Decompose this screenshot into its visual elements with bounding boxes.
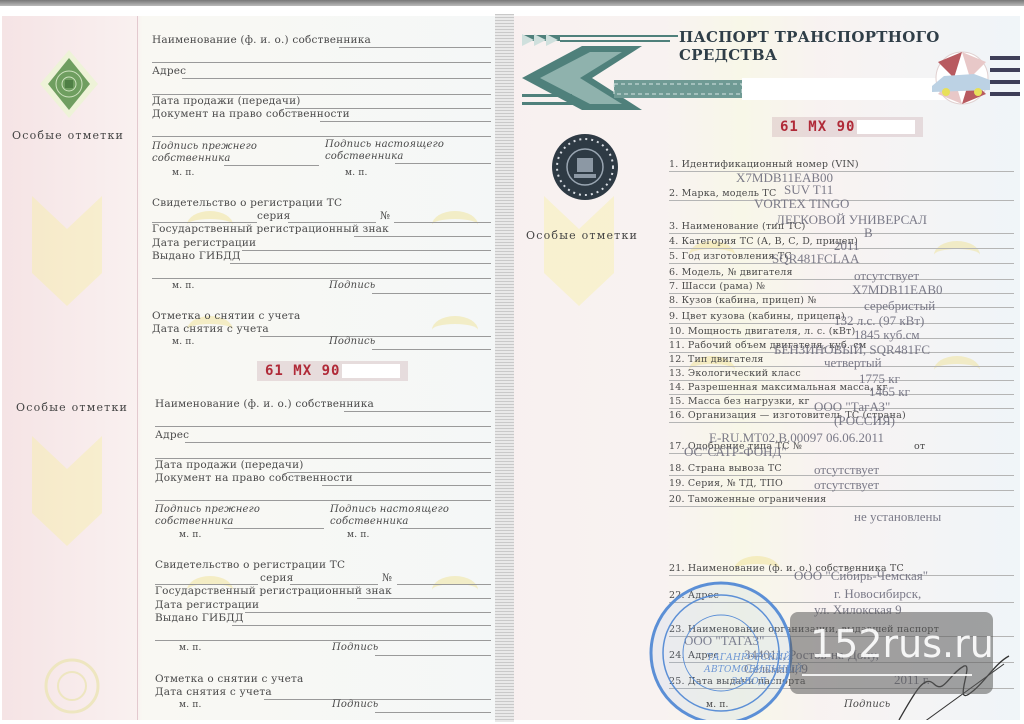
stamp-label: м. п. bbox=[172, 281, 195, 291]
field-value: ООО "Сибирь-Чемская" bbox=[794, 568, 928, 584]
car-logo-icon bbox=[924, 48, 1020, 108]
redaction-mask bbox=[342, 364, 400, 378]
special-marks-label: Особые отметки bbox=[12, 129, 124, 142]
prev-owner-sign-label-2: собственника bbox=[155, 516, 234, 527]
dereg-mark-label: Отметка о снятии с учета bbox=[155, 673, 304, 685]
field-line bbox=[669, 171, 1014, 172]
arch-watermark bbox=[934, 241, 980, 269]
special-marks-label: Особые отметки bbox=[526, 229, 638, 242]
owner-name-label: Наименование (ф. и. о.) собственника bbox=[152, 34, 371, 46]
field-line bbox=[669, 380, 1014, 381]
ownership-doc-label: Документ на право собственности bbox=[155, 472, 353, 484]
stamp-label: м. п. bbox=[179, 700, 202, 710]
stamp-label: м. п. bbox=[172, 168, 195, 178]
ownership-doc-line-2 bbox=[152, 136, 491, 137]
redaction-mask bbox=[742, 78, 952, 100]
stamp-label: м. п. bbox=[179, 643, 202, 653]
signature-line bbox=[375, 655, 491, 656]
prev-owner-sign-line bbox=[224, 528, 324, 529]
reg-date-line bbox=[245, 612, 491, 613]
number-label: № bbox=[380, 210, 390, 222]
ownership-doc-line bbox=[320, 121, 491, 122]
field-label: 4. Категория ТС (А, В, С, D, прицеп) bbox=[669, 236, 858, 247]
field-label: 10. Мощность двигателя, л. с. (кВт) bbox=[669, 326, 855, 337]
hologram-rosette-icon bbox=[38, 48, 100, 120]
signature-line bbox=[372, 349, 491, 350]
field-value: отсутствует bbox=[814, 462, 879, 478]
prev-owner-sign-label-2: собственника bbox=[152, 153, 231, 164]
redaction-mask bbox=[857, 120, 915, 134]
number-line bbox=[394, 222, 491, 223]
stamp-text: ТАГАНРОГСКИЙ АВТОМОБИЛЬНЫЙ ЗАВОД bbox=[704, 652, 794, 688]
special-marks-label: Особые отметки bbox=[16, 401, 128, 414]
signature-label: Подпись bbox=[332, 642, 378, 653]
arch-watermark bbox=[432, 211, 478, 239]
issued-by-line bbox=[230, 263, 491, 264]
state-plate-line bbox=[354, 236, 491, 237]
cur-owner-sign-line bbox=[400, 528, 491, 529]
plate-number-text: 61 MX 90 bbox=[780, 119, 855, 135]
faint-rosette-icon bbox=[42, 656, 102, 716]
field-label: 19. Серия, № ТД, ТПО bbox=[669, 478, 783, 489]
field-value: VORTEX TINGO bbox=[754, 196, 849, 212]
organization-stamp-icon bbox=[646, 578, 796, 720]
issued-by-label: Выдано ГИБДД bbox=[155, 612, 244, 624]
field-line bbox=[669, 233, 1014, 234]
field-label: 18. Страна вывоза ТС bbox=[669, 463, 782, 474]
field-value: ОС"САТР-ФОНД" bbox=[684, 444, 787, 460]
number-line bbox=[397, 584, 491, 585]
signature-label: Подпись bbox=[329, 336, 375, 347]
prev-owner-sign-label: Подпись прежнего bbox=[152, 141, 257, 152]
field-value: серебристый bbox=[864, 298, 935, 314]
field-label: 15. Масса без нагрузки, кг bbox=[669, 396, 810, 407]
field-from-label: от bbox=[914, 441, 925, 452]
dereg-date-label: Дата снятия с учета bbox=[155, 686, 272, 698]
issued-by-line-2 bbox=[152, 278, 491, 279]
dereg-mark-label: Отметка о снятии с учета bbox=[152, 310, 301, 322]
field-value: (РОССИЯ) bbox=[834, 413, 895, 429]
dereg-date-line bbox=[260, 336, 491, 337]
field-label: 14. Разрешенная максимальная масса, кг bbox=[669, 382, 888, 393]
stamp-label: м. п. bbox=[345, 168, 368, 178]
stamp-label: м. п. bbox=[179, 530, 202, 540]
left-page: Особые отметки Особые отметки Наименован… bbox=[2, 16, 495, 720]
field-value: не установлены bbox=[854, 509, 941, 525]
owner-name-label: Наименование (ф. и. о.) собственника bbox=[155, 398, 374, 410]
issued-by-line-2 bbox=[155, 640, 491, 641]
hologram-seal-icon bbox=[550, 132, 620, 202]
reg-cert-label: Свидетельство о регистрации ТС bbox=[152, 197, 342, 209]
prev-owner-sign-line bbox=[224, 165, 319, 166]
book-spine bbox=[495, 14, 514, 722]
dereg-date-label: Дата снятия с учета bbox=[152, 323, 269, 335]
field-label: 12. Тип двигателя bbox=[669, 354, 764, 365]
owner-name-line bbox=[339, 47, 491, 48]
chevron-watermark bbox=[32, 196, 102, 306]
state-plate-label: Государственный регистрационный знак bbox=[155, 585, 392, 597]
field-label: 20. Таможенные ограничения bbox=[669, 494, 826, 505]
field-label: 13. Экологический класс bbox=[669, 368, 801, 379]
site-watermark: 152rus.ru bbox=[790, 612, 993, 694]
reg-date-label: Дата регистрации bbox=[155, 599, 259, 611]
address-label: Адрес bbox=[152, 65, 186, 77]
signature-label: Подпись bbox=[332, 699, 378, 710]
field-label: 1. Идентификационный номер (VIN) bbox=[669, 159, 859, 170]
issued-by-line bbox=[232, 625, 491, 626]
plate-number: 61 MX 90 bbox=[257, 361, 408, 381]
scan-top-edge bbox=[0, 0, 1024, 6]
cur-owner-sign-label: Подпись настоящего bbox=[325, 139, 444, 150]
ownership-doc-line bbox=[322, 485, 491, 486]
field-value: 1465 кг bbox=[869, 384, 910, 400]
field-value: ЛЕГКОВОЙ УНИВЕРСАЛ bbox=[776, 212, 927, 228]
reg-cert-label: Свидетельство о регистрации ТС bbox=[155, 559, 345, 571]
number-label: № bbox=[382, 572, 392, 584]
field-line bbox=[669, 293, 1014, 294]
field-value: четвертый bbox=[824, 355, 882, 371]
prev-owner-sign-label: Подпись прежнего bbox=[155, 504, 260, 515]
sale-date-label: Дата продажи (передачи) bbox=[152, 95, 301, 107]
field-value: B bbox=[864, 225, 873, 241]
address-line bbox=[185, 442, 491, 443]
stamp-label: м. п. bbox=[706, 700, 729, 710]
ownership-doc-line-2 bbox=[155, 500, 491, 501]
state-plate-label: Государственный регистрационный знак bbox=[152, 223, 389, 235]
sale-date-label: Дата продажи (передачи) bbox=[155, 459, 304, 471]
field-line bbox=[669, 307, 1014, 308]
field-label: 7. Шасси (рама) № bbox=[669, 281, 765, 292]
signature-label: Подпись bbox=[844, 699, 890, 710]
signature-line bbox=[372, 293, 491, 294]
reg-date-label: Дата регистрации bbox=[152, 237, 256, 249]
stamp-label: м. п. bbox=[172, 337, 195, 347]
cur-owner-sign-label-2: собственника bbox=[325, 151, 404, 162]
field-line bbox=[669, 279, 1014, 280]
field-value: 1845 куб.см bbox=[854, 327, 920, 343]
chevron-watermark bbox=[32, 436, 102, 546]
field-value: отсутствует bbox=[814, 477, 879, 493]
field-line bbox=[669, 506, 1014, 507]
field-line bbox=[669, 394, 1014, 395]
owner-name-line-2 bbox=[152, 62, 491, 63]
field-value: SQR481FCLAA bbox=[772, 251, 859, 267]
cur-owner-sign-line bbox=[395, 163, 491, 164]
chevron-watermark bbox=[544, 196, 614, 306]
series-label: серия bbox=[257, 210, 290, 222]
cur-owner-sign-label-2: собственника bbox=[330, 516, 409, 527]
address-label: Адрес bbox=[155, 429, 189, 441]
arch-watermark bbox=[432, 576, 478, 604]
address-line bbox=[182, 78, 491, 79]
plate-number-text: 61 MX 90 bbox=[265, 363, 340, 379]
signature-line bbox=[375, 712, 491, 713]
cur-owner-sign-label: Подпись настоящего bbox=[330, 504, 449, 515]
field-value: г. Новосибирск, bbox=[834, 586, 921, 602]
field-label: 9. Цвет кузова (кабины, прицепа) bbox=[669, 311, 845, 322]
owner-name-line bbox=[344, 411, 491, 412]
issued-by-label: Выдано ГИБДД bbox=[152, 250, 241, 262]
field-line bbox=[669, 338, 1014, 339]
stamp-label: м. п. bbox=[347, 530, 370, 540]
field-label: 8. Кузов (кабина, прицеп) № bbox=[669, 295, 817, 306]
field-label: 6. Модель, № двигателя bbox=[669, 267, 793, 278]
state-plate-line bbox=[357, 598, 491, 599]
plate-number: 61 MX 90 bbox=[772, 117, 923, 137]
ownership-doc-label: Документ на право собственности bbox=[152, 108, 350, 120]
field-value: X7MDB11EAB0 bbox=[852, 282, 943, 298]
owner-name-line-2 bbox=[155, 426, 491, 427]
arch-watermark bbox=[432, 316, 478, 344]
watermark-text: 152rus.ru bbox=[810, 622, 994, 666]
series-label: серия bbox=[260, 572, 293, 584]
reg-date-line bbox=[242, 250, 491, 251]
signature-label: Подпись bbox=[329, 280, 375, 291]
